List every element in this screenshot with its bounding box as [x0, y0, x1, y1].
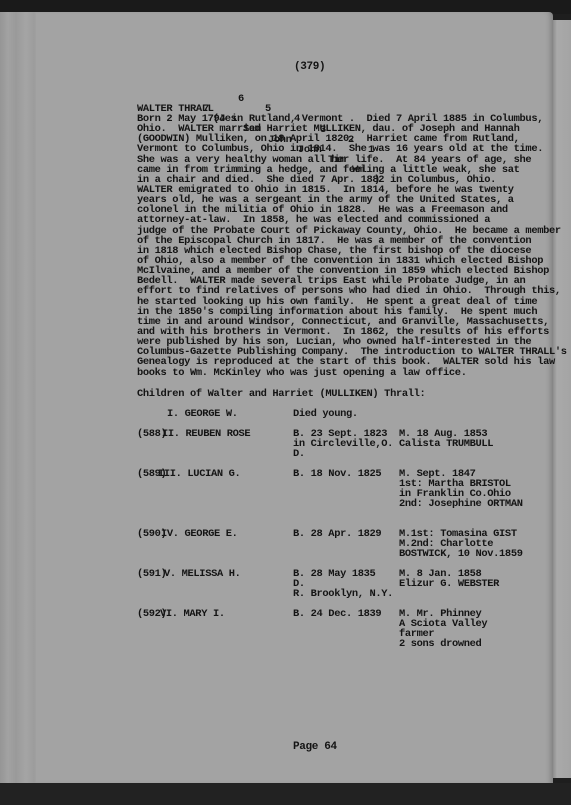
biography-line: Genealogy is reproduced at the start of … — [137, 357, 567, 367]
child-name: III. LUCIAN G. — [158, 469, 240, 479]
scanner-bottom-edge — [0, 783, 571, 805]
child-vitals: B. 28 May 1835 — [293, 569, 375, 579]
child-name: VI. MARY I. — [160, 609, 225, 619]
child-vitals: D. — [293, 449, 305, 459]
child-vitals: B. 28 Apr. 1829 — [293, 529, 381, 539]
child-marriage: 2 sons drowned — [399, 639, 481, 649]
child-vitals: R. Brooklyn, N.Y. — [293, 589, 393, 599]
child-marriage: 2nd: Josephine ORTMAN — [399, 499, 523, 509]
child-name: II. REUBEN ROSE — [162, 429, 250, 439]
children-heading: Children of Walter and Harriet (MULLIKEN… — [137, 389, 425, 399]
child-name: V. MELISSA H. — [164, 569, 241, 579]
biography-line: effort to find relatives of persons who … — [137, 286, 567, 296]
child-marriage: BOSTWICK, 10 Nov.1859 — [399, 549, 523, 559]
child-marriage: Elizur G. WEBSTER — [399, 579, 499, 589]
child-vitals: B. 18 Nov. 1825 — [293, 469, 381, 479]
child-vitals: in Circleville,O. — [293, 439, 393, 449]
biography-line: books to Wm. McKinley who was just openi… — [137, 368, 567, 378]
page-footer: Page 64 — [293, 742, 337, 752]
lineage-line: 7 (Jes Sam John John Tim Wm ) — [0, 94, 571, 105]
page-number-header: (379) — [294, 62, 325, 72]
child-vitals: Died young. — [293, 409, 358, 419]
child-name: I. GEORGE W. — [167, 409, 238, 419]
child-vitals: B. 24 Dec. 1839 — [293, 609, 381, 619]
child-marriage: Calista TRUMBULL — [399, 439, 493, 449]
child-name: IV. GEORGE E. — [161, 529, 238, 539]
biography: Born 2 May 1794 in Rutland, Vermont . Di… — [137, 114, 567, 378]
child-ref-number: (591) — [137, 569, 166, 579]
